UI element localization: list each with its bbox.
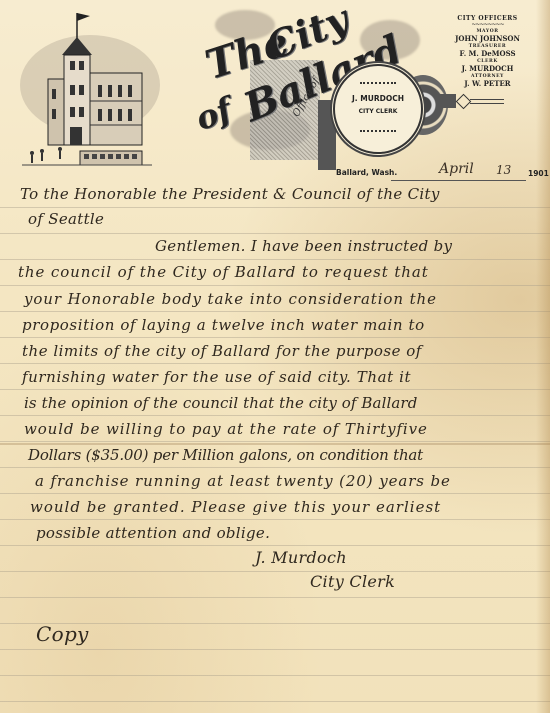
letter-line: furnishing water for the use of said cit… xyxy=(22,368,411,386)
banner-band xyxy=(438,94,456,108)
salutation-line: To the Honorable the President & Council… xyxy=(20,185,440,203)
letter-line: a franchise running at least twenty (20)… xyxy=(35,472,451,490)
signature-title: City Clerk xyxy=(310,572,395,591)
diamond-ornament-icon xyxy=(456,94,472,110)
officer-name-attorney: J. W. PETER xyxy=(430,79,545,88)
letter-line: possible attention and oblige. xyxy=(36,524,270,542)
letter-line: is the opinion of the council that the c… xyxy=(24,394,417,412)
letter-line: the limits of the city of Ballard for th… xyxy=(22,342,422,360)
seal-ornament-top xyxy=(360,82,396,87)
place-label: Ballard, Wash. xyxy=(336,168,397,177)
salutation-line: of Seattle xyxy=(28,210,104,228)
officer-name-clerk: J. MURDOCH xyxy=(430,64,545,73)
city-hall-illustration-icon xyxy=(12,5,162,170)
date-rule xyxy=(391,180,526,181)
seal-clerk-name: J. MURDOCH xyxy=(335,94,421,103)
officers-ornament: ~~~~~~~~ xyxy=(430,22,545,28)
date-month: April xyxy=(439,161,474,177)
copy-annotation: Copy xyxy=(36,622,89,646)
double-rule-ornament xyxy=(470,99,504,104)
officer-name-mayor: JOHN JOHNSON xyxy=(430,34,545,43)
date-year: 1901 xyxy=(528,169,549,178)
letter-line: would be granted. Please give this your … xyxy=(30,498,441,516)
date-day: 13 xyxy=(496,163,511,177)
letter-line: your Honorable body take into considerat… xyxy=(24,290,437,308)
letter-line: proposition of laying a twelve inch wate… xyxy=(22,316,425,334)
letter-line: Dollars ($35.00) per Million galons, on … xyxy=(28,446,423,464)
dateline: Ballard, Wash. April 13 1901 xyxy=(336,165,546,181)
letter-line: the council of the City of Ballard to re… xyxy=(18,263,429,281)
officer-name-treasurer: F. M. DeMOSS xyxy=(430,49,545,58)
seal-clerk-title: CITY CLERK xyxy=(335,108,421,115)
city-officers-block: CITY OFFICERS ~~~~~~~~ MAYOR JOHN JOHNSO… xyxy=(430,15,545,88)
letter-page: The City of Ballard Office of J. MURDOCH… xyxy=(0,0,550,713)
signature-name: J. Murdoch xyxy=(255,548,347,567)
clerk-seal: J. MURDOCH CITY CLERK xyxy=(333,64,423,154)
seal-ornament-bottom xyxy=(360,130,396,135)
letter-line: Gentlemen. I have been instructed by xyxy=(155,237,452,255)
paper-fold xyxy=(0,443,550,445)
paper-edge-stain xyxy=(536,0,550,713)
letter-line: would be willing to pay at the rate of T… xyxy=(24,420,428,438)
